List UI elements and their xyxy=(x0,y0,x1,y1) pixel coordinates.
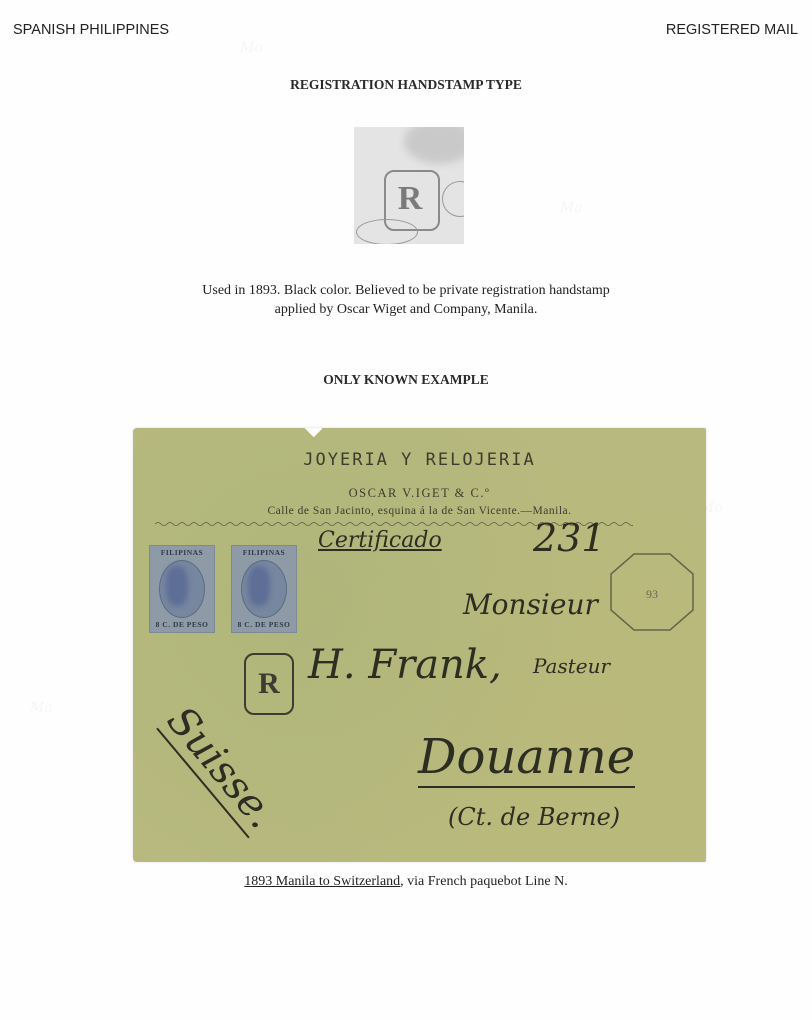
handwritten-salutation: Monsieur xyxy=(463,588,598,621)
stamp-2-bottom-label: 8 C. DE PESO xyxy=(235,620,293,630)
printed-firm: OSCAR V.IGET & C.º xyxy=(133,486,706,501)
section-title: REGISTRATION HANDSTAMP TYPE xyxy=(0,77,812,93)
svg-text:93: 93 xyxy=(646,587,658,601)
header-topic: REGISTERED MAIL xyxy=(666,22,798,38)
description: Used in 1893. Black color. Believed to b… xyxy=(0,281,812,319)
stamp-1-top-label: FILIPINAS xyxy=(153,548,211,558)
description-line-1: Used in 1893. Black color. Believed to b… xyxy=(0,281,812,300)
handwritten-title: Pasteur xyxy=(533,654,610,678)
stamp-2-top-label: FILIPINAS xyxy=(235,548,293,558)
octagonal-postmark: 93 xyxy=(609,552,695,632)
handwritten-addressee: H. Frank, xyxy=(308,642,502,688)
registration-handstamp: R xyxy=(244,653,294,715)
stamp-2: FILIPINAS 8 C. DE PESO xyxy=(231,545,297,633)
cover-caption: 1893 Manila to Switzerland, via French p… xyxy=(0,874,812,890)
handstamp-detail-image: R xyxy=(354,127,464,244)
stamp-1-bottom-label: 8 C. DE PESO xyxy=(153,620,211,630)
printed-address: Calle de San Jacinto, esquina á la de Sa… xyxy=(133,505,706,517)
handwritten-town: Douanne xyxy=(418,728,635,788)
header-country: SPANISH PHILIPPINES xyxy=(13,22,169,38)
example-title: ONLY KNOWN EXAMPLE xyxy=(0,372,812,388)
handwritten-country: Suisse. xyxy=(156,698,285,839)
handwritten-certificado: Certificado xyxy=(318,528,442,553)
stamp-1: FILIPINAS 8 C. DE PESO xyxy=(149,545,215,633)
description-line-2: applied by Oscar Wiget and Company, Mani… xyxy=(0,300,812,319)
handwritten-canton: (Ct. de Berne) xyxy=(448,803,620,831)
caption-route: 1893 Manila to Switzerland xyxy=(244,874,400,889)
caption-detail: , via French paquebot Line N. xyxy=(400,874,568,889)
envelope-cover-image: JOYERIA Y RELOJERIA OSCAR V.IGET & C.º C… xyxy=(133,428,706,862)
handwritten-number: 231 xyxy=(533,516,606,560)
printed-title: JOYERIA Y RELOJERIA xyxy=(133,450,706,470)
